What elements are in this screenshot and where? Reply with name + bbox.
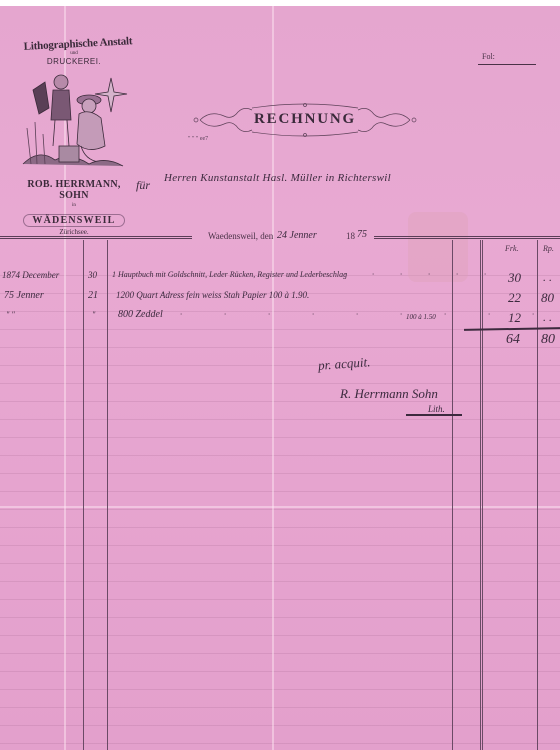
firm-city: WÄDENSWEIL (23, 214, 124, 227)
row-day: 21 (88, 290, 98, 301)
ruled-lines (0, 258, 560, 750)
invoice-title-block: RECHNUNG (190, 102, 420, 138)
leader-dots: · · · · · · · · · (180, 310, 554, 319)
letterhead: Lithographische Anstalt und DRUCKEREI. (14, 38, 134, 236)
row-year-month: " " (6, 310, 15, 319)
row-day: 30 (88, 270, 97, 280)
leader-dots: · · · · · · · · · · (260, 270, 526, 279)
signature-suffix: Lith. (428, 404, 445, 414)
addressee-prefix: für (136, 178, 150, 193)
pencil-note: " " " ee7 (188, 136, 208, 142)
year-prefix: 18 (346, 231, 355, 241)
header-rappen: Rp. (543, 244, 554, 253)
folio-label: Fol: (482, 52, 495, 61)
row-day: " (92, 310, 95, 319)
addressee-text: Herren Kunstanstalt Hasl. Müller in Rich… (164, 172, 391, 184)
row-description: 800 Zeddel (118, 309, 163, 320)
row-year-month: 75 Jenner (4, 290, 44, 301)
cherubs-illustration-icon (19, 68, 129, 173)
total-rappen: 80 (541, 332, 555, 348)
invoice-date: 24 Jenner (277, 230, 317, 241)
letterhead-line3: DRUCKEREI. (14, 57, 134, 66)
column-divider (83, 240, 84, 750)
header-rule-right (374, 236, 560, 239)
fold-crease (0, 506, 560, 508)
row-francs: 22 (508, 290, 521, 306)
signature: R. Herrmann Sohn (340, 386, 438, 402)
total-francs: 64 (506, 332, 520, 348)
place-label: Waedensweil, den (208, 231, 273, 241)
folio-line (478, 64, 536, 65)
invoice-sheet: Lithographische Anstalt und DRUCKEREI. (0, 6, 560, 750)
row-rappen: . . (543, 270, 552, 285)
invoice-title: RECHNUNG (190, 111, 420, 128)
letterhead-preposition: in (14, 203, 134, 208)
row-year-month: 1874 December (2, 270, 59, 280)
signature-underline (406, 414, 462, 416)
firm-name: ROB. HERRMANN, SOHN (14, 179, 134, 201)
row-description: 1200 Quart Adress fein weiss Stah Papier… (116, 290, 309, 300)
header-francs: Frk. (505, 244, 519, 253)
year-suffix: 75 (357, 229, 367, 240)
column-divider (107, 240, 108, 750)
firm-region: Zürichsee. (14, 228, 134, 236)
row-rappen: 80 (541, 290, 554, 306)
header-rule-left (0, 236, 192, 239)
